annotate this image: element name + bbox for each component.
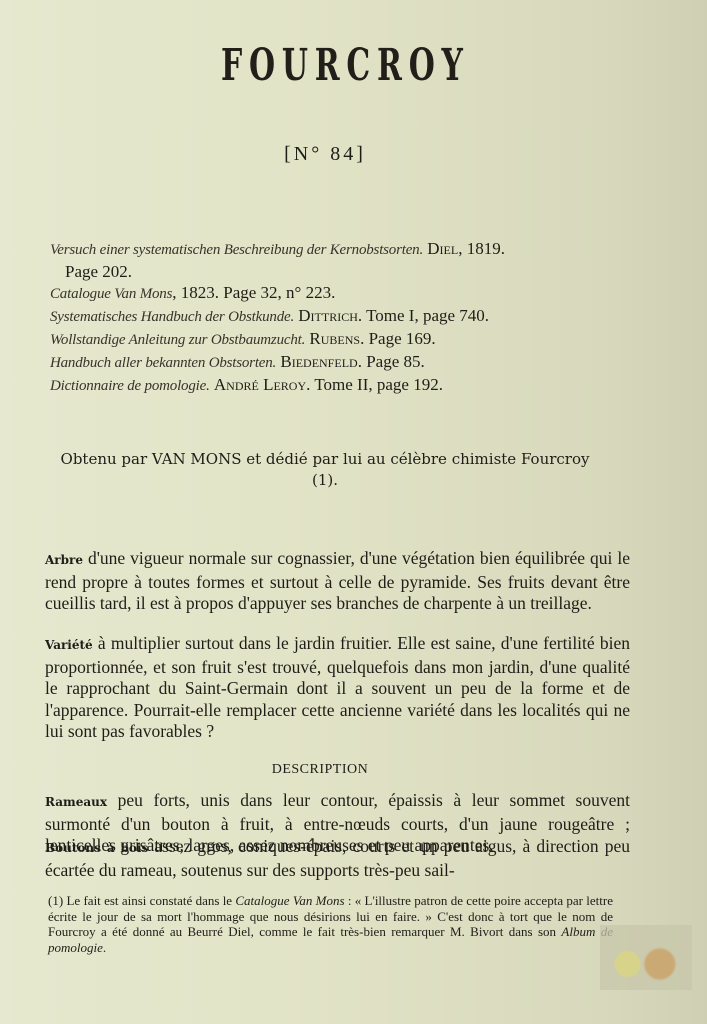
reference-detail: , 1819. [458,239,505,258]
references-list: Versuch einer systematischen Beschreibun… [50,238,650,397]
dedication: Obtenu par VAN MONS et dédié par lui au … [60,449,590,491]
reference-author: Dittrich [298,306,358,325]
footnote-text: . [103,940,106,955]
footnote: (1) Le fait est ainsi constaté dans le C… [48,893,613,955]
footnote-text: Le fait est ainsi constaté dans le [63,893,235,908]
book-page: FOURCROY [N° 84] Versuch einer systemati… [0,0,707,1024]
reference-work: Handbuch aller bekannten Obstsorten. [50,355,276,371]
reference-work: Catalogue Van Mons [50,286,172,302]
reference-author: Rubens [309,329,360,348]
reference-item: Wollstandige Anleitung zur Obstbaumzucht… [50,328,650,351]
reference-detail: . Page 85. [358,352,425,371]
paragraph-lead: Arbre [45,553,83,567]
reference-work: Versuch einer systematischen Beschreibun… [50,242,423,258]
reference-detail: , 1823. Page 32, n° 223. [172,283,335,302]
reference-detail: . Tome I, page 740. [358,306,489,325]
reference-work: Dictionnaire de pomologie. [50,378,210,394]
reference-item: Catalogue Van Mons, 1823. Page 32, n° 22… [50,282,650,305]
paragraph-lead: Rameaux [45,795,107,809]
section-heading: DESCRIPTION [0,762,640,778]
reference-author: Biedenfeld [280,352,357,371]
paragraph-variety: Variété à multiplier surtout dans le jar… [45,633,630,743]
footnote-citation: Catalogue Van Mons [235,893,344,908]
reference-continuation: Page 202. [50,261,650,282]
reference-detail: . Page 169. [360,329,436,348]
paragraph-lead: Variété [45,638,93,652]
reference-work: Wollstandige Anleitung zur Obstbaumzucht… [50,332,305,348]
paragraph-lead: Boutons à bois [45,841,148,855]
reference-item: Dictionnaire de pomologie. André Leroy. … [50,374,650,397]
reference-item: Handbuch aller bekannten Obstsorten. Bie… [50,351,650,374]
footnote-marker: (1) [48,893,63,908]
description-buds: Boutons à bois assez gros, coniques-épai… [45,836,630,881]
paragraph-tree: Arbre d'une vigueur normale sur cognassi… [45,548,630,615]
reference-author: André Leroy [214,375,306,394]
reference-item: Systematisches Handbuch der Obstkunde. D… [50,305,650,328]
reference-detail: . Tome II, page 192. [306,375,443,394]
reference-work: Systematisches Handbuch der Obstkunde. [50,309,294,325]
page-title: FOURCROY [105,40,586,91]
paragraph-text: d'une vigueur normale sur cognassier, d'… [45,548,630,613]
faint-pear-image [600,925,692,990]
paragraph-text: à multiplier surtout dans le jardin frui… [45,633,630,741]
entry-number: [N° 84] [0,143,650,166]
reference-author: Diel [427,239,458,258]
reference-item: Versuch einer systematischen Beschreibun… [50,238,650,282]
